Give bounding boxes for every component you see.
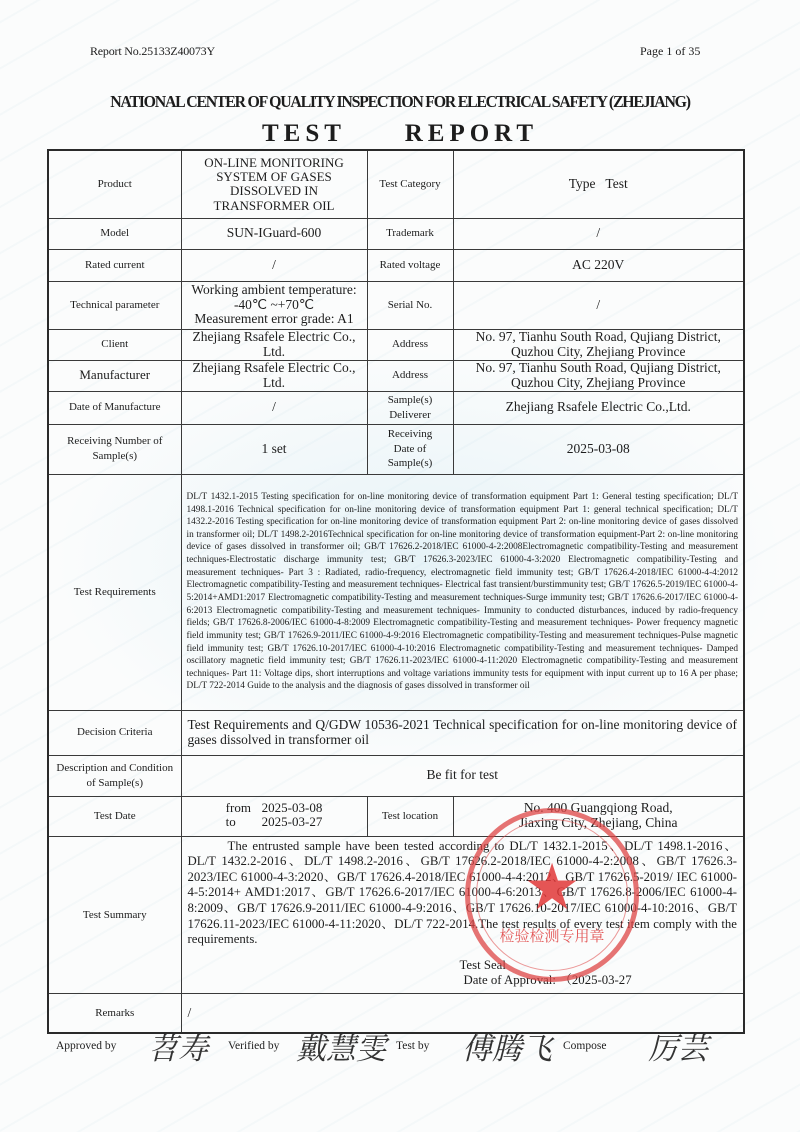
manufacturer-value: Zhejiang Rsafele Electric Co., Ltd. <box>181 360 367 391</box>
test-seal-label: Test Seal <box>460 958 738 974</box>
model-value: SUN-IGuard-600 <box>181 218 367 249</box>
test-summary-value: The entrusted sample have been tested ac… <box>181 836 744 993</box>
test-date-to: 2025-03-27 <box>262 815 323 829</box>
client-address-value: No. 97, Tianhu South Road, Qujiang Distr… <box>453 329 744 360</box>
test-date-from: 2025-03-08 <box>262 801 323 815</box>
test-requirements-value: DL/T 1432.1-2015 Testing specification f… <box>181 474 744 710</box>
trademark-value: / <box>453 218 744 249</box>
client-label: Client <box>48 329 181 360</box>
verified-by-signature: 戴慧雯 <box>296 1024 386 1068</box>
row-receiving: Receiving Number of Sample(s) 1 set Rece… <box>48 424 744 474</box>
rated-voltage-label: Rated voltage <box>367 249 453 281</box>
page-number: Page 1 of 35 <box>640 44 700 59</box>
row-sample-condition: Description and Condition of Sample(s) B… <box>48 755 744 796</box>
test-category-value: Type Test <box>453 150 744 218</box>
test-category-label: Test Category <box>367 150 453 218</box>
serial-no-value: / <box>453 281 744 329</box>
receiving-number-label: Receiving Number of Sample(s) <box>48 424 181 474</box>
approved-by-label: Approved by <box>56 1040 116 1052</box>
decision-criteria-label: Decision Criteria <box>48 710 181 755</box>
date-of-manufacture-label: Date of Manufacture <box>48 391 181 424</box>
product-label: Product <box>48 150 181 218</box>
row-manufacturer: Manufacturer Zhejiang Rsafele Electric C… <box>48 360 744 391</box>
manufacturer-address-label: Address <box>367 360 453 391</box>
row-decision-criteria: Decision Criteria Test Requirements and … <box>48 710 744 755</box>
receiving-date-value: 2025-03-08 <box>453 424 744 474</box>
signature-row: Approved by 苕寿 Verified by 戴慧雯 Test by 傅… <box>0 1020 800 1080</box>
decision-criteria-value: Test Requirements and Q/GDW 10536-2021 T… <box>181 710 744 755</box>
compose-label: Compose <box>563 1040 606 1052</box>
row-technical: Technical parameter Working ambient temp… <box>48 281 744 329</box>
row-test-date: Test Date from2025-03-08 to2025-03-27 Te… <box>48 796 744 836</box>
rated-current-label: Rated current <box>48 249 181 281</box>
receiving-number-value: 1 set <box>181 424 367 474</box>
test-by-signature: 傅腾飞 <box>462 1024 552 1068</box>
row-product: Product ON-LINE MONITORING SYSTEM OF GAS… <box>48 150 744 218</box>
test-date-value: from2025-03-08 to2025-03-27 <box>181 796 367 836</box>
sample-deliverer-label: Sample(s) Deliverer <box>367 391 453 424</box>
row-test-summary: Test Summary The entrusted sample have b… <box>48 836 744 993</box>
row-rated: Rated current / Rated voltage AC 220V <box>48 249 744 281</box>
document-title: TEST REPORT <box>0 120 800 148</box>
verified-by-label: Verified by <box>228 1040 279 1052</box>
rated-current-value: / <box>181 249 367 281</box>
test-date-label: Test Date <box>48 796 181 836</box>
trademark-label: Trademark <box>367 218 453 249</box>
row-test-requirements: Test Requirements DL/T 1432.1-2015 Testi… <box>48 474 744 710</box>
test-requirements-label: Test Requirements <box>48 474 181 710</box>
row-manufacture-date: Date of Manufacture / Sample(s) Delivere… <box>48 391 744 424</box>
report-number: Report No.25133Z40073Y <box>90 44 215 59</box>
manufacturer-label: Manufacturer <box>48 360 181 391</box>
client-address-label: Address <box>367 329 453 360</box>
test-location-label: Test location <box>367 796 453 836</box>
receiving-date-label: Receiving Date of Sample(s) <box>367 424 453 474</box>
row-client: Client Zhejiang Rsafele Electric Co., Lt… <box>48 329 744 360</box>
report-table: Product ON-LINE MONITORING SYSTEM OF GAS… <box>47 149 745 1034</box>
model-label: Model <box>48 218 181 249</box>
test-location-value: No. 400 Guangqiong Road, Jiaxing City, Z… <box>453 796 744 836</box>
compose-signature: 厉芸 <box>648 1024 708 1068</box>
sample-condition-value: Be fit for test <box>181 755 744 796</box>
approval-date: Date of Approval: （2025-03-27 <box>464 973 738 989</box>
organization-name: NATIONAL CENTER OF QUALITY INSPECTION FO… <box>16 92 784 112</box>
sample-condition-label: Description and Condition of Sample(s) <box>48 755 181 796</box>
manufacturer-address-value: No. 97, Tianhu South Road, Qujiang Distr… <box>453 360 744 391</box>
row-model: Model SUN-IGuard-600 Trademark / <box>48 218 744 249</box>
sample-deliverer-value: Zhejiang Rsafele Electric Co.,Ltd. <box>453 391 744 424</box>
test-summary-label: Test Summary <box>48 836 181 993</box>
test-by-label: Test by <box>396 1040 429 1052</box>
technical-parameter-value: Working ambient temperature: -40℃ ~+70℃ … <box>181 281 367 329</box>
date-of-manufacture-value: / <box>181 391 367 424</box>
rated-voltage-value: AC 220V <box>453 249 744 281</box>
product-value: ON-LINE MONITORING SYSTEM OF GASES DISSO… <box>181 150 367 218</box>
client-value: Zhejiang Rsafele Electric Co., Ltd. <box>181 329 367 360</box>
serial-no-label: Serial No. <box>367 281 453 329</box>
technical-parameter-label: Technical parameter <box>48 281 181 329</box>
approved-by-signature: 苕寿 <box>148 1024 208 1068</box>
